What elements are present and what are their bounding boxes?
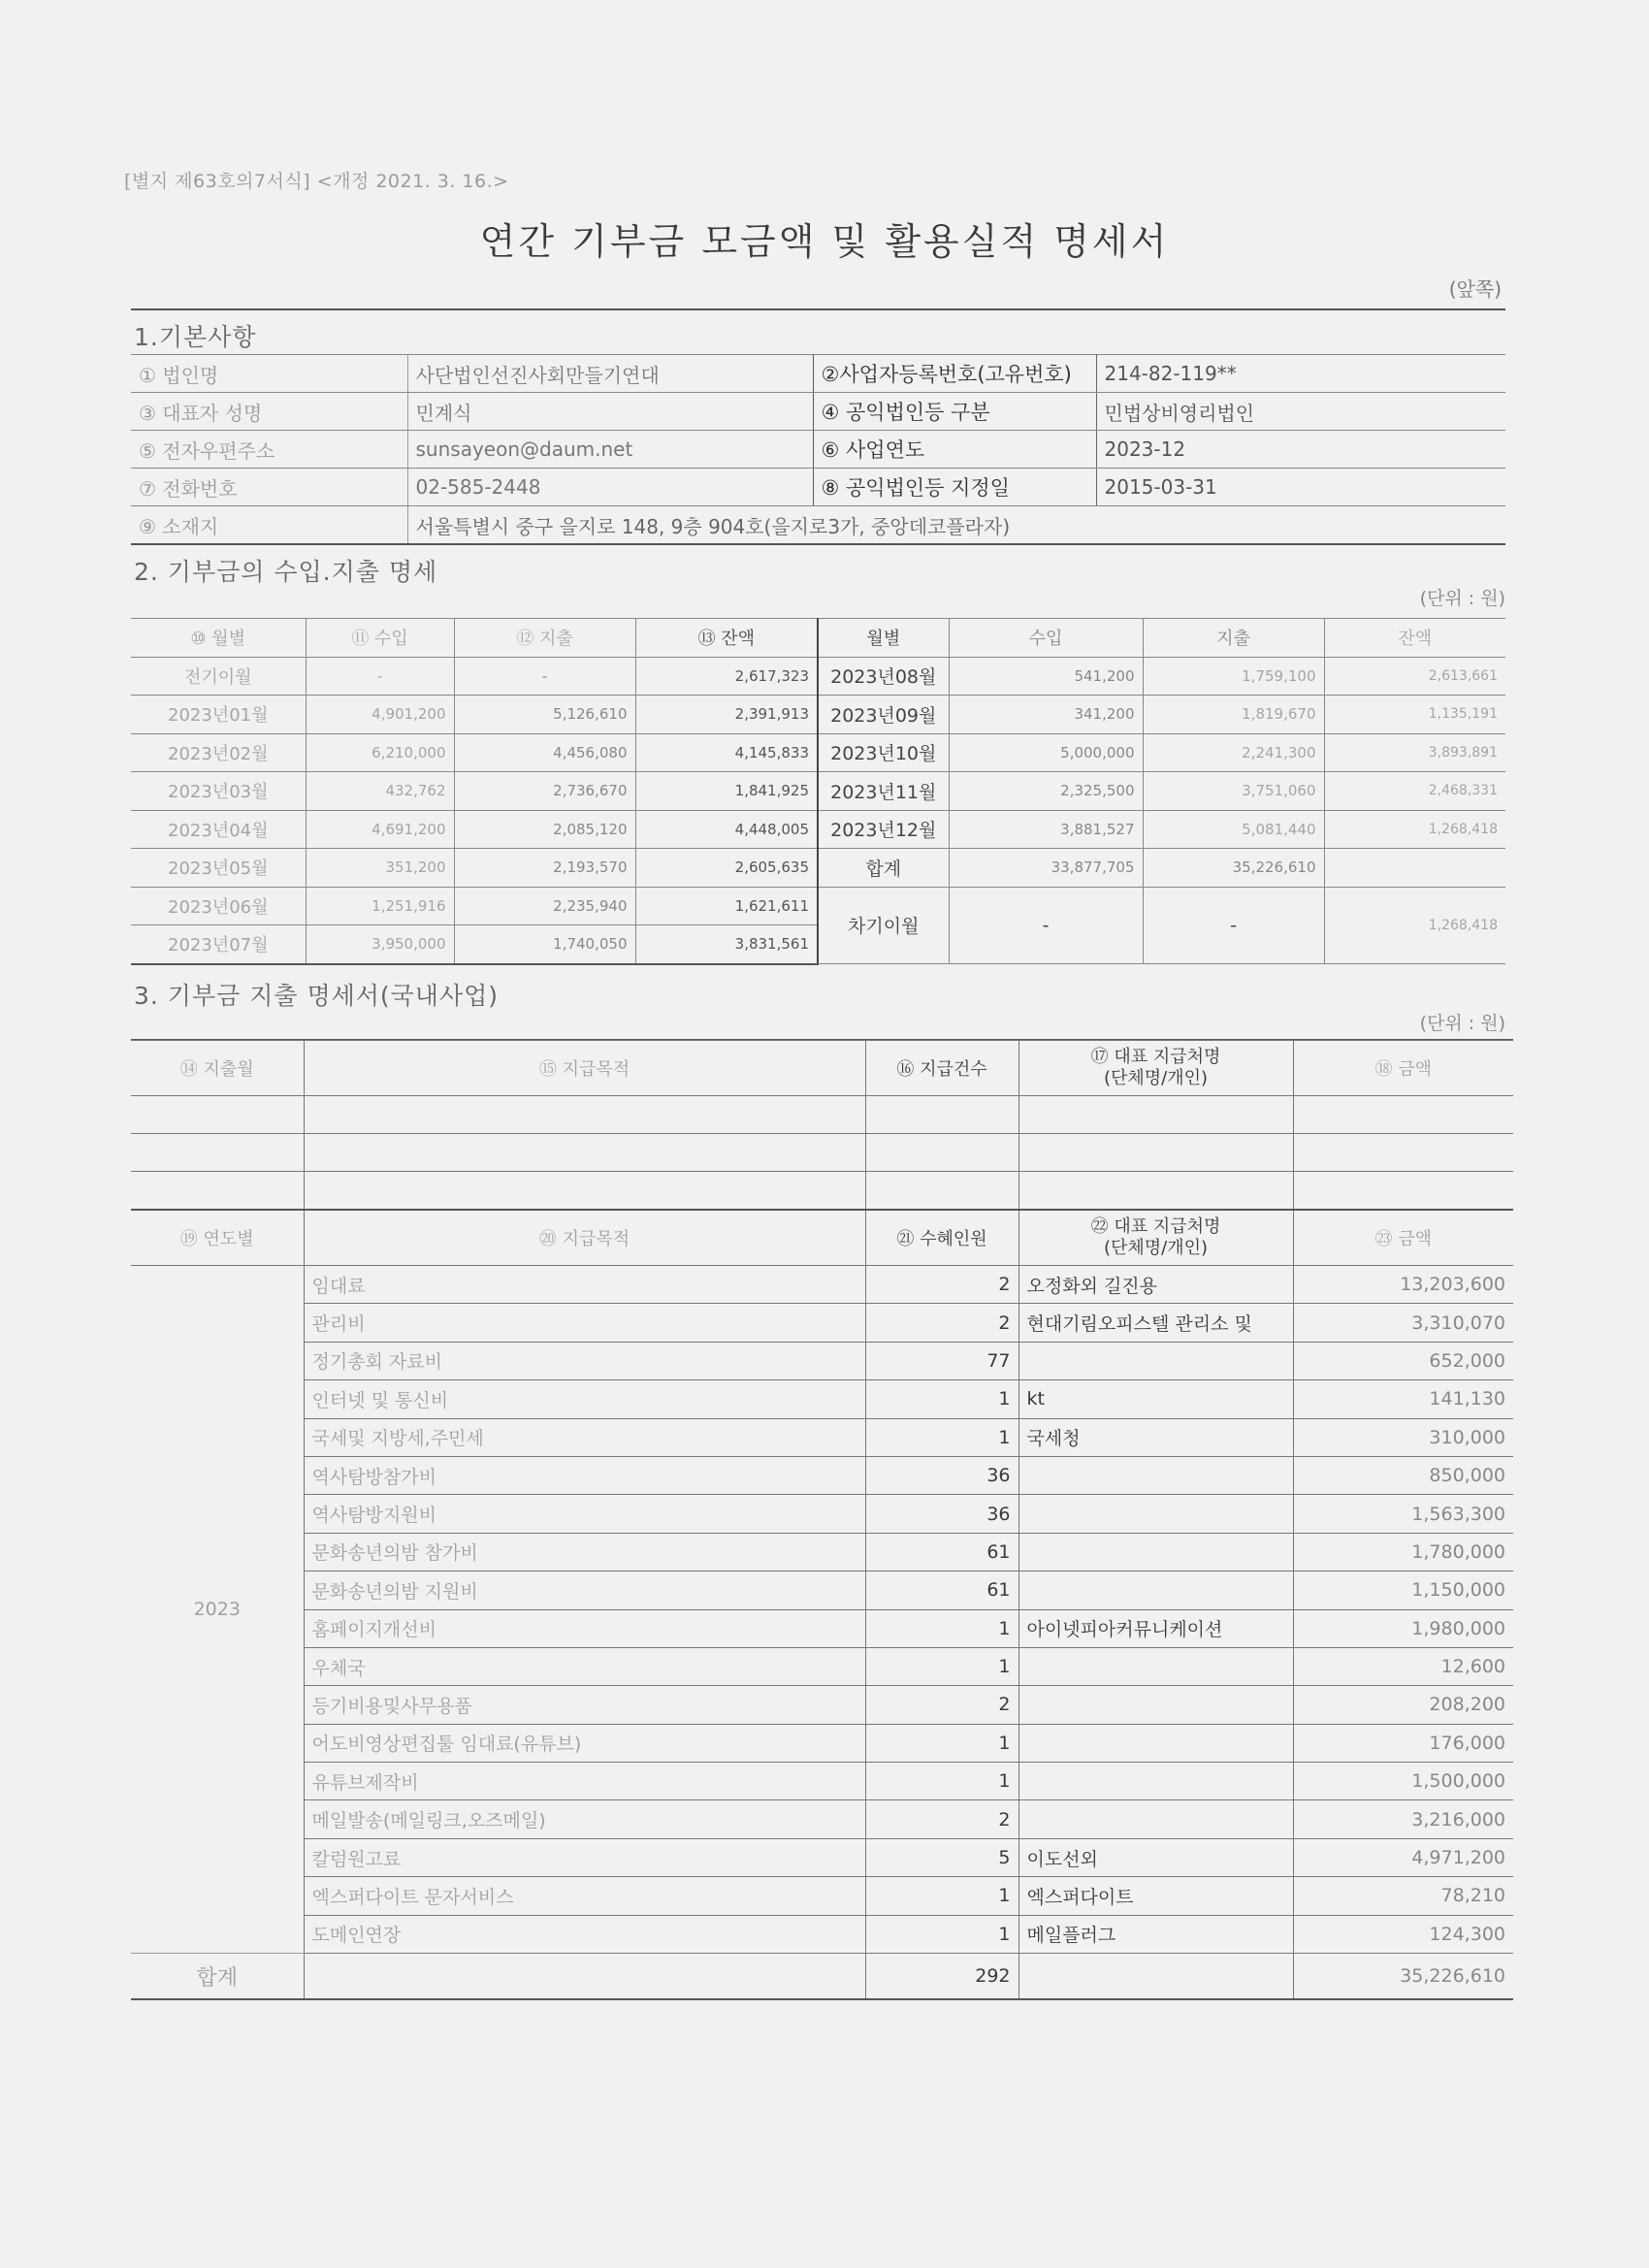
count-cell: 1 — [865, 1724, 1018, 1762]
payee-cell — [1018, 1763, 1293, 1800]
empty-cell — [304, 1134, 865, 1172]
amount-cell: 3,216,000 — [1293, 1800, 1513, 1838]
count-cell: 2 — [865, 1304, 1018, 1342]
column-header: ⑫ 지출 — [454, 619, 635, 658]
header-line: (단체명/개인) — [1027, 1068, 1285, 1089]
carry-forward-label: 차기이월 — [818, 887, 949, 964]
table-row: 역사탐방지원비361,563,300 — [131, 1495, 1513, 1533]
empty-cell — [1293, 1172, 1513, 1211]
month-label: 2023년02월 — [131, 733, 306, 772]
page-side-label: (앞쪽) — [1449, 274, 1502, 302]
balance-value: 2,468,331 — [1324, 772, 1505, 811]
month-label: 2023년07월 — [131, 925, 306, 964]
column-header: ㉒ 대표 지급처명(단체명/개인) — [1018, 1210, 1293, 1266]
amount-cell: 3,310,070 — [1293, 1304, 1513, 1342]
field-value: 민계식 — [407, 393, 813, 431]
count-cell: 61 — [865, 1571, 1018, 1609]
column-header: ⑭ 지출월 — [131, 1041, 304, 1096]
field-label: ②사업자등록번호(고유번호) — [813, 355, 1096, 393]
field-label: ③ 대표자 성명 — [131, 393, 407, 431]
table-row: 엑스퍼다이트 문자서비스1엑스퍼다이트78,210 — [131, 1877, 1513, 1915]
empty-row — [131, 1172, 1513, 1211]
amount-cell: 1,780,000 — [1293, 1533, 1513, 1571]
table-row: 홈페이지개선비1아이넷피아커뮤니케이션1,980,000 — [131, 1609, 1513, 1647]
expense-value: 2,085,120 — [454, 810, 635, 849]
expense-value: 2,193,570 — [454, 849, 635, 888]
amount-cell: 124,300 — [1293, 1915, 1513, 1953]
empty-cell — [1018, 1096, 1293, 1134]
payee-cell — [1018, 1571, 1293, 1609]
column-header: ㉓ 금액 — [1293, 1210, 1513, 1266]
count-cell: 1 — [865, 1915, 1018, 1953]
count-cell: 36 — [865, 1495, 1018, 1533]
balance-value: 3,893,891 — [1324, 733, 1505, 772]
amount-cell: 850,000 — [1293, 1456, 1513, 1494]
column-header: 지출 — [1143, 619, 1324, 658]
table-row: 유튜브제작비11,500,000 — [131, 1763, 1513, 1800]
payee-cell — [1018, 1800, 1293, 1838]
header-row: ⑩ 월별⑪ 수입⑫ 지출⑬ 잔액월별수입지출잔액 — [131, 619, 1505, 658]
total-count: 292 — [865, 1954, 1018, 2000]
table-row: 메일발송(메일링크,오즈메일)23,216,000 — [131, 1800, 1513, 1838]
column-header: ⑪ 수입 — [306, 619, 454, 658]
field-label: ⑧ 공익법인등 지정일 — [813, 469, 1096, 506]
purpose-cell: 우체국 — [304, 1647, 865, 1685]
purpose-cell: 등기비용및사무용품 — [304, 1686, 865, 1724]
table-row: 문화송년의밤 참가비611,780,000 — [131, 1533, 1513, 1571]
empty-cell — [865, 1134, 1018, 1172]
table-row: 2023년04월4,691,2002,085,1204,448,0052023년… — [131, 810, 1505, 849]
count-cell: 1 — [865, 1877, 1018, 1915]
amount-cell: 12,600 — [1293, 1647, 1513, 1685]
column-header: ⑲ 연도별 — [131, 1210, 304, 1266]
purpose-cell: 엑스퍼다이트 문자서비스 — [304, 1877, 865, 1915]
income-value: 5,000,000 — [949, 733, 1143, 772]
payee-cell — [1018, 1647, 1293, 1685]
total-income: 33,877,705 — [949, 849, 1143, 888]
expense-value: 1,759,100 — [1143, 657, 1324, 696]
field-label: ⑨ 소재지 — [131, 506, 407, 544]
income-value: 3,881,527 — [949, 810, 1143, 849]
column-header: 수입 — [949, 619, 1143, 658]
payee-cell: 아이넷피아커뮤니케이션 — [1018, 1609, 1293, 1647]
purpose-cell: 국세및 지방세,주민세 — [304, 1418, 865, 1456]
count-cell: 2 — [865, 1800, 1018, 1838]
payee-cell: kt — [1018, 1380, 1293, 1418]
balance-value: 4,448,005 — [635, 810, 818, 849]
balance-value: 4,145,833 — [635, 733, 818, 772]
document-title: 연간 기부금 모금액 및 활용실적 명세서 — [0, 211, 1649, 265]
field-value: 02-585-2448 — [407, 469, 813, 506]
divider — [131, 308, 1505, 310]
form-number-note: [별지 제63호의7서식] <개정 2021. 3. 16.> — [124, 167, 509, 193]
month-label: 전기이월 — [131, 657, 306, 696]
count-cell: 61 — [865, 1533, 1018, 1571]
total-expense: 35,226,610 — [1143, 849, 1324, 888]
table-row: 2023년01월4,901,2005,126,6102,391,9132023년… — [131, 696, 1505, 734]
total-amount: 35,226,610 — [1293, 1954, 1513, 2000]
month-label: 2023년06월 — [131, 887, 306, 925]
field-value: 민법상비영리법인 — [1096, 393, 1505, 431]
empty-cell — [131, 1172, 304, 1211]
month-label: 2023년05월 — [131, 849, 306, 888]
table-row: 인터넷 및 통신비1kt141,130 — [131, 1380, 1513, 1418]
payee-cell — [1018, 1686, 1293, 1724]
count-cell: 2 — [865, 1266, 1018, 1304]
carry-forward-expense: - — [1143, 887, 1324, 964]
field-label: ⑥ 사업연도 — [813, 431, 1096, 469]
table-row: 문화송년의밤 지원비611,150,000 — [131, 1571, 1513, 1609]
empty-cell — [304, 1096, 865, 1134]
income-expense-table: ⑩ 월별⑪ 수입⑫ 지출⑬ 잔액월별수입지출잔액전기이월--2,617,3232… — [131, 618, 1505, 965]
empty-cell — [131, 1134, 304, 1172]
purpose-cell: 유튜브제작비 — [304, 1763, 865, 1800]
month-label: 2023년12월 — [818, 810, 949, 849]
column-header: ⑮ 지급목적 — [304, 1041, 865, 1096]
income-value: 1,251,916 — [306, 887, 454, 925]
payee-cell — [1018, 1342, 1293, 1379]
empty-cell — [1018, 1134, 1293, 1172]
empty-cell — [865, 1172, 1018, 1211]
info-row: ① 법인명사단법인선진사회만들기연대②사업자등록번호(고유번호)214-82-1… — [131, 355, 1505, 393]
empty-row — [131, 1134, 1513, 1172]
purpose-cell: 메일발송(메일링크,오즈메일) — [304, 1800, 865, 1838]
field-value: 214-82-119** — [1096, 355, 1505, 393]
amount-cell: 176,000 — [1293, 1724, 1513, 1762]
payee-cell: 메일플러그 — [1018, 1915, 1293, 1953]
section2-title: 2. 기부금의 수입.지출 명세 — [134, 553, 437, 588]
count-cell: 2 — [865, 1686, 1018, 1724]
section3-unit: (단위 : 원) — [1420, 1009, 1505, 1035]
section2-unit: (단위 : 원) — [1420, 584, 1505, 610]
amount-cell: 4,971,200 — [1293, 1838, 1513, 1876]
expense-value: 1,740,050 — [454, 925, 635, 964]
expense-value: 2,736,670 — [454, 772, 635, 811]
expense-value: 3,751,060 — [1143, 772, 1324, 811]
section1-title: 1.기본사항 — [134, 318, 256, 353]
expense-value: 2,235,940 — [454, 887, 635, 925]
table-row: 칼럼원고료5이도선외4,971,200 — [131, 1838, 1513, 1876]
payee-cell — [1018, 1495, 1293, 1533]
divider — [131, 543, 1505, 545]
amount-cell: 652,000 — [1293, 1342, 1513, 1379]
address-value: 서울특별시 중구 을지로 148, 9층 904호(을지로3가, 중앙데코플라자… — [407, 506, 1505, 544]
field-value: sunsayeon@daum.net — [407, 431, 813, 469]
payee-cell — [1018, 1724, 1293, 1762]
payee-cell: 엑스퍼다이트 — [1018, 1877, 1293, 1915]
section3-title: 3. 기부금 지출 명세서(국내사업) — [134, 977, 499, 1012]
empty-cell — [304, 1172, 865, 1211]
month-label: 2023년09월 — [818, 696, 949, 734]
income-value: 2,325,500 — [949, 772, 1143, 811]
total-purpose — [304, 1954, 865, 2000]
amount-cell: 208,200 — [1293, 1686, 1513, 1724]
empty-cell — [1293, 1096, 1513, 1134]
field-value: 사단법인선진사회만들기연대 — [407, 355, 813, 393]
expense-value: 5,126,610 — [454, 696, 635, 734]
table-row: 2023년06월1,251,9162,235,9401,621,611차기이월-… — [131, 887, 1505, 925]
field-value: 2015-03-31 — [1096, 469, 1505, 506]
income-value: 351,200 — [306, 849, 454, 888]
header-line: ⑰ 대표 지급처명 — [1027, 1047, 1285, 1068]
payee-cell: 이도선외 — [1018, 1838, 1293, 1876]
empty-cell — [865, 1096, 1018, 1134]
count-cell: 1 — [865, 1380, 1018, 1418]
month-label: 2023년03월 — [131, 772, 306, 811]
payee-cell: 국세청 — [1018, 1418, 1293, 1456]
column-header: ⑬ 잔액 — [635, 619, 818, 658]
header-row-monthly: ⑭ 지출월⑮ 지급목적⑯ 지급건수⑰ 대표 지급처명(단체명/개인)⑱ 금액 — [131, 1041, 1513, 1096]
total-payee — [1018, 1954, 1293, 2000]
payee-cell — [1018, 1533, 1293, 1571]
expense-value: 5,081,440 — [1143, 810, 1324, 849]
info-row-address: ⑨ 소재지서울특별시 중구 을지로 148, 9층 904호(을지로3가, 중앙… — [131, 506, 1505, 544]
purpose-cell: 역사탐방지원비 — [304, 1495, 865, 1533]
count-cell: 77 — [865, 1342, 1018, 1379]
balance-value: 2,391,913 — [635, 696, 818, 734]
carry-forward-income: - — [949, 887, 1143, 964]
carry-forward-balance: 1,268,418 — [1324, 887, 1505, 964]
count-cell: 1 — [865, 1609, 1018, 1647]
balance-value: 1,621,611 — [635, 887, 818, 925]
amount-cell: 1,150,000 — [1293, 1571, 1513, 1609]
amount-cell: 1,563,300 — [1293, 1495, 1513, 1533]
amount-cell: 13,203,600 — [1293, 1266, 1513, 1304]
column-header: 잔액 — [1324, 619, 1505, 658]
table-row: 국세및 지방세,주민세1국세청310,000 — [131, 1418, 1513, 1456]
column-header: ⑱ 금액 — [1293, 1041, 1513, 1096]
income-value: 4,901,200 — [306, 696, 454, 734]
header-line: ㉒ 대표 지급처명 — [1027, 1216, 1285, 1238]
income-value: 432,762 — [306, 772, 454, 811]
header-line: (단체명/개인) — [1027, 1238, 1285, 1259]
table-row: 2023년03월432,7622,736,6701,841,9252023년11… — [131, 772, 1505, 811]
empty-row — [131, 1096, 1513, 1134]
column-header: ⑰ 대표 지급처명(단체명/개인) — [1018, 1041, 1293, 1096]
expense-value: 2,241,300 — [1143, 733, 1324, 772]
month-label: 2023년08월 — [818, 657, 949, 696]
table-row: 어도비영상편집툴 임대료(유튜브)1176,000 — [131, 1724, 1513, 1762]
income-value: 341,200 — [949, 696, 1143, 734]
amount-cell: 1,980,000 — [1293, 1609, 1513, 1647]
column-header: ⑳ 지급목적 — [304, 1210, 865, 1266]
balance-value: 3,831,561 — [635, 925, 818, 964]
purpose-cell: 칼럼원고료 — [304, 1838, 865, 1876]
table-row: 정기총회 자료비77652,000 — [131, 1342, 1513, 1379]
basic-info-table: ① 법인명사단법인선진사회만들기연대②사업자등록번호(고유번호)214-82-1… — [131, 354, 1505, 544]
column-header: ⑯ 지급건수 — [865, 1041, 1018, 1096]
field-label: ⑤ 전자우편주소 — [131, 431, 407, 469]
purpose-cell: 문화송년의밤 지원비 — [304, 1571, 865, 1609]
table-row: 2023년05월351,2002,193,5702,605,635합계33,87… — [131, 849, 1505, 888]
purpose-cell: 인터넷 및 통신비 — [304, 1380, 865, 1418]
income-value: 4,691,200 — [306, 810, 454, 849]
balance-value: 1,841,925 — [635, 772, 818, 811]
amount-cell: 141,130 — [1293, 1380, 1513, 1418]
column-header: ㉑ 수혜인원 — [865, 1210, 1018, 1266]
purpose-cell: 홈페이지개선비 — [304, 1609, 865, 1647]
income-value: 541,200 — [949, 657, 1143, 696]
purpose-cell: 어도비영상편집툴 임대료(유튜브) — [304, 1724, 865, 1762]
total-label: 합계 — [131, 1954, 304, 2000]
balance-value: 2,617,323 — [635, 657, 818, 696]
total-label: 합계 — [818, 849, 949, 888]
balance-value: 1,135,191 — [1324, 696, 1505, 734]
table-row: 우체국112,600 — [131, 1647, 1513, 1685]
balance-value: 2,605,635 — [635, 849, 818, 888]
purpose-cell: 관리비 — [304, 1304, 865, 1342]
header-row-yearly: ⑲ 연도별⑳ 지급목적㉑ 수혜인원㉒ 대표 지급처명(단체명/개인)㉓ 금액 — [131, 1210, 1513, 1266]
expense-value: - — [454, 657, 635, 696]
expense-value: 4,456,080 — [454, 733, 635, 772]
field-label: ⑦ 전화번호 — [131, 469, 407, 506]
purpose-cell: 정기총회 자료비 — [304, 1342, 865, 1379]
table-row: 역사탐방참가비36850,000 — [131, 1456, 1513, 1494]
empty-cell — [1293, 1134, 1513, 1172]
amount-cell: 78,210 — [1293, 1877, 1513, 1915]
purpose-cell: 도메인연장 — [304, 1915, 865, 1953]
field-label: ④ 공익법인등 구분 — [813, 393, 1096, 431]
amount-cell: 1,500,000 — [1293, 1763, 1513, 1800]
balance-value: 1,268,418 — [1324, 810, 1505, 849]
month-label: 2023년11월 — [818, 772, 949, 811]
income-value: 3,950,000 — [306, 925, 454, 964]
month-label: 2023년01월 — [131, 696, 306, 734]
payee-cell: 오정화외 길진용 — [1018, 1266, 1293, 1304]
field-value: 2023-12 — [1096, 431, 1505, 469]
table-row: 2023년02월6,210,0004,456,0804,145,8332023년… — [131, 733, 1505, 772]
month-label: 2023년04월 — [131, 810, 306, 849]
payee-cell: 현대기림오피스텔 관리소 및 — [1018, 1304, 1293, 1342]
income-value: 6,210,000 — [306, 733, 454, 772]
purpose-cell: 문화송년의밤 참가비 — [304, 1533, 865, 1571]
info-row: ⑦ 전화번호02-585-2448⑧ 공익법인등 지정일2015-03-31 — [131, 469, 1505, 506]
table-row: 관리비2현대기림오피스텔 관리소 및3,310,070 — [131, 1304, 1513, 1342]
total-balance — [1324, 849, 1505, 888]
info-row: ⑤ 전자우편주소sunsayeon@daum.net⑥ 사업연도2023-12 — [131, 431, 1505, 469]
table-row: 전기이월--2,617,3232023년08월541,2001,759,1002… — [131, 657, 1505, 696]
empty-cell — [131, 1096, 304, 1134]
table-row: 2023임대료2오정화외 길진용13,203,600 — [131, 1266, 1513, 1304]
count-cell: 1 — [865, 1763, 1018, 1800]
month-label: 2023년10월 — [818, 733, 949, 772]
field-label: ① 법인명 — [131, 355, 407, 393]
count-cell: 1 — [865, 1647, 1018, 1685]
count-cell: 36 — [865, 1456, 1018, 1494]
purpose-cell: 역사탐방참가비 — [304, 1456, 865, 1494]
info-row: ③ 대표자 성명민계식④ 공익법인등 구분민법상비영리법인 — [131, 393, 1505, 431]
empty-cell — [1018, 1172, 1293, 1211]
count-cell: 5 — [865, 1838, 1018, 1876]
table-row: 등기비용및사무용품2208,200 — [131, 1686, 1513, 1724]
total-row: 합계29235,226,610 — [131, 1954, 1513, 2000]
purpose-cell: 임대료 — [304, 1266, 865, 1304]
year-label: 2023 — [131, 1266, 304, 1954]
payee-cell — [1018, 1456, 1293, 1494]
table-row: 도메인연장1메일플러그124,300 — [131, 1915, 1513, 1953]
count-cell: 1 — [865, 1418, 1018, 1456]
income-value: - — [306, 657, 454, 696]
column-header: ⑩ 월별 — [131, 619, 306, 658]
amount-cell: 310,000 — [1293, 1418, 1513, 1456]
expense-value: 1,819,670 — [1143, 696, 1324, 734]
balance-value: 2,613,661 — [1324, 657, 1505, 696]
column-header: 월별 — [818, 619, 949, 658]
expenditure-table: ⑭ 지출월⑮ 지급목적⑯ 지급건수⑰ 대표 지급처명(단체명/개인)⑱ 금액⑲ … — [131, 1040, 1513, 2000]
